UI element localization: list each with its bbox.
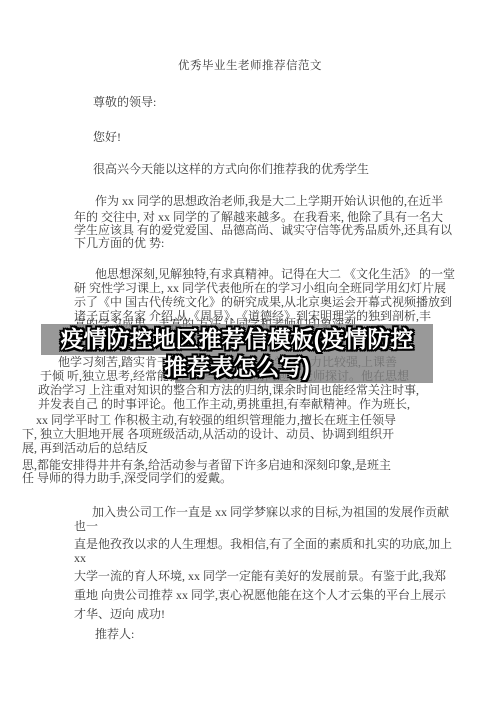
doc-line: 作为 xx 同学的思想政治老师,我是大二上学期开始认识他的,在近半 — [95, 195, 443, 208]
watermark-title: 疫情防控地区推荐信模板(疫情防控 推荐表怎么写) — [41, 325, 433, 381]
doc-line: xx 同学平时工 作积极主动,有较强的组织管理能力,擅长在班主任领导 — [36, 414, 396, 427]
doc-line: xx — [74, 552, 86, 565]
doc-line: 尊敬的领导: — [93, 96, 156, 109]
doc-line: 重地 向贵公司推荐 xx 同学,衷心祝愿他能在这个人才云集的平台上展示 — [74, 589, 446, 602]
doc-line: 下, 独立大胆地开展 各项班级活动,从活动的设计、动员、协调到组织开 — [22, 428, 394, 441]
doc-line: 任 导师的得力助手,深受同学们的爱戴。 — [22, 472, 232, 485]
doc-line: 很高兴今天能以这样的方式向你们推荐我的优秀学生 — [93, 163, 369, 176]
doc-line: 他思想深刻,见解独特,有求真精神。记得在大二 《文化生活》 的一堂 — [95, 268, 455, 281]
document-page: 优秀毕业生老师推荐信范文 尊敬的领导: 您好! 很高兴今天能以这样的方式向你们推… — [0, 0, 500, 707]
doc-line: 研 究性学习课上, xx 同学代表他所在的学习小组向全班同学用幻灯片展 — [74, 282, 446, 295]
doc-line: 展, 再到活动后的总结反 — [22, 442, 148, 455]
doc-line: 政治学习 上注重对知识的整合和方法的归纳,课余时间也能经常关注时事, — [38, 384, 419, 397]
doc-line: 直是他孜孜以求的人生理想。我相信,有了全面的素质和扎实的功底,加上 — [74, 538, 452, 551]
watermark-title-line1: 疫情防控地区推荐信模板(疫情防控 — [41, 325, 433, 353]
doc-line: 加入贵公司工作一直是 xx 同学梦寐以求的目标,为祖国的发展作贡献 — [92, 506, 449, 519]
doc-line: 也一 — [74, 520, 98, 533]
watermark-title-line2: 推荐表怎么写) — [41, 353, 433, 381]
doc-line: 下几方面的优 势: — [74, 237, 164, 250]
doc-line: 您好! — [93, 131, 121, 144]
doc-line: 大学一流的育人环境, xx 同学一定能有美好的发展前景。有鉴于此,我郑 — [74, 570, 446, 583]
doc-line: 推荐人: — [95, 628, 134, 641]
doc-line: 并发表自己 的时事评论。他工作主动,勇挑重担,有奉献精神。作为班长, — [38, 398, 410, 411]
doc-line: 示了《中 国古代传统文化》的研究成果,从北京奥运会开幕式视频播放到 — [74, 296, 452, 309]
document-title: 优秀毕业生老师推荐信范文 — [0, 57, 500, 73]
doc-line: 才华、迈向 成功! — [74, 608, 165, 621]
